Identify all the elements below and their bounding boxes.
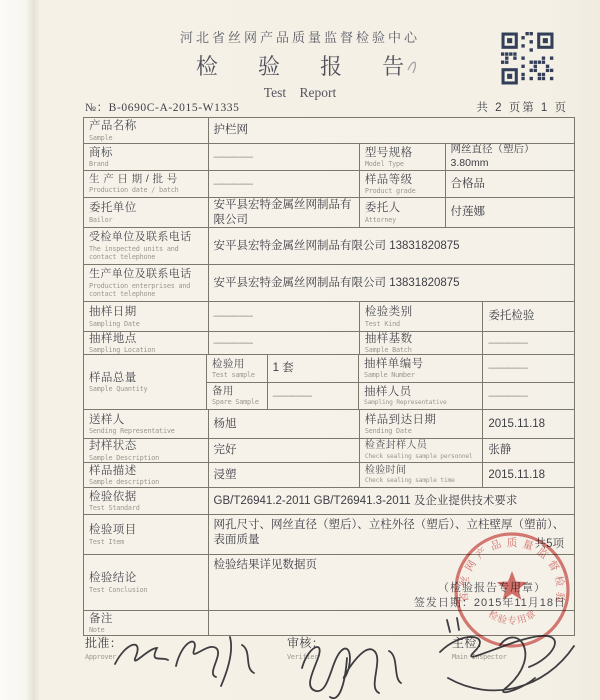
row-sender-arrival: 送样人Sending Representative 杨旭 样品到达日期Sendi… — [84, 409, 574, 438]
verifier-label: 审核：Verifier — [287, 634, 324, 661]
inspected-unit-value: 安平县宏特金属丝网制品有限公司 13831820875 — [208, 228, 574, 264]
model-value: 网丝直径（塑后）3.80mm — [445, 144, 574, 170]
stamp-bottom-text: 检验专用章 — [486, 608, 538, 627]
check-time-value: 2015.11.18 — [482, 463, 574, 487]
model-label: 型号规格Model Type — [359, 144, 445, 170]
arrival-date-label: 样品到达日期Sending Date — [359, 410, 483, 438]
row-location-batch: 抽样地点Sampling Location ———— 抽样基数Sample Ba… — [84, 331, 574, 354]
seal-state-value: 完好 — [208, 439, 359, 462]
sample-quantity-label: 样品总量Sample Quantity — [84, 355, 206, 409]
production-date-value: ———— — [208, 171, 359, 197]
test-kind-value: 委托检验 — [482, 302, 574, 331]
row-description-checktime: 样品描述Sample description 浸塑 检验时间 Check sea… — [84, 462, 574, 487]
row-sealstate-checkperson: 封样状态Sample Description 完好 检查封样人员 Check s… — [84, 438, 574, 462]
test-sample-label: 检验用Test sample — [207, 355, 267, 382]
approver-label: 批准：Approver — [85, 634, 122, 661]
brand-label: 商标Brand — [84, 144, 208, 170]
description-value: 浸塑 — [208, 463, 359, 487]
svg-text:检验专用章: 检验专用章 — [486, 608, 538, 627]
row-production-unit: 生产单位及联系电话Production enterprises and cont… — [84, 264, 574, 301]
brand-value: ———— — [208, 144, 359, 170]
sample-label: 产品名称Sample — [84, 118, 208, 143]
inspection-seal-stamp: 河北省丝网产品质量监督检验中心 检验专用章 — [437, 515, 587, 665]
row-bailor-attorney: 委托单位Bailor 安平县宏特金属丝网制品有限公司 委托人Attorney 付… — [84, 197, 574, 227]
test-sample-value: 1 套 — [267, 355, 358, 382]
production-unit-value: 安平县宏特金属丝网制品有限公司 13831820875 — [208, 265, 574, 301]
stamp-star — [497, 571, 527, 600]
grade-label: 样品等级Product grade — [359, 171, 445, 197]
test-standard-value: GB/T26941.2-2011 GB/T26941.3-2011 及企业提供技… — [208, 488, 574, 514]
row-samplingdate-testkind: 抽样日期Sampling Date ———— 检验类别Test Kind 委托检… — [84, 301, 574, 331]
sampling-rep-label: 抽样人员Sampling Representative — [359, 383, 482, 410]
row-proddate-grade: 生 产 日 期 / 批 号Production date / batch ———… — [84, 170, 574, 197]
test-item-label: 检验项目Test Item — [84, 515, 208, 554]
spare-sample-label: 备用Spare Sample — [207, 383, 267, 410]
sampling-date-label: 抽样日期Sampling Date — [84, 302, 208, 331]
scanned-test-report: { "colors":{"stamp_red":"#c9403c","paper… — [0, 0, 600, 700]
production-date-label: 生 产 日 期 / 批 号Production date / batch — [84, 171, 208, 197]
sampling-rep-value: ———— — [482, 383, 574, 410]
sender-value: 杨旭 — [208, 410, 359, 438]
row-inspected-unit: 受检单位及联系电话The inspected units and contact… — [84, 227, 574, 264]
grade-value: 合格品 — [445, 171, 574, 197]
sample-batch-label: 抽样基数Sample Batch — [359, 332, 483, 354]
conclusion-label: 检验结论Test Conclusion — [84, 555, 208, 610]
sample-number-label: 抽样单编号Sample Number — [359, 355, 482, 382]
check-time-label: 检验时间 Check sealing sample time — [359, 463, 483, 487]
production-unit-label: 生产单位及联系电话Production enterprises and cont… — [84, 265, 208, 301]
sender-label: 送样人Sending Representative — [84, 410, 208, 438]
sampling-location-label: 抽样地点Sampling Location — [84, 332, 208, 354]
check-person-value: 张静 — [482, 439, 574, 462]
bailor-value: 安平县宏特金属丝网制品有限公司 — [208, 198, 359, 227]
arrival-date-value: 2015.11.18 — [482, 410, 574, 438]
sample-number-value: ———— — [482, 355, 574, 382]
attorney-value: 付莲娜 — [445, 198, 574, 227]
sample-batch-value: ———— — [482, 332, 574, 354]
check-person-label: 检查封样人员 Check sealing sample personnel — [359, 439, 483, 462]
test-standard-label: 检验依据Test Standard — [84, 488, 208, 514]
report-number: №：B-0690C-A-2015-W1335 — [85, 99, 240, 115]
spare-sample-value: ———— — [267, 383, 358, 410]
description-label: 样品描述Sample description — [84, 463, 208, 487]
bailor-label: 委托单位Bailor — [84, 198, 208, 227]
quantity-right-subcolumn: 抽样单编号Sample Number ———— 抽样人员Sampling Rep… — [358, 355, 574, 409]
row-brand-model: 商标Brand ———— 型号规格Model Type 网丝直径（塑后）3.80… — [84, 143, 574, 170]
row-quantity-group: 样品总量Sample Quantity 检验用Test sample 1 套 备… — [84, 354, 574, 409]
test-kind-label: 检验类别Test Kind — [359, 302, 483, 331]
attorney-label: 委托人Attorney — [359, 198, 445, 227]
row-standard: 检验依据Test Standard GB/T26941.2-2011 GB/T2… — [84, 487, 574, 514]
sampling-location-value: ———— — [208, 332, 359, 354]
sampling-date-value: ———— — [208, 302, 359, 331]
page-count: 共 2 页第 1 页 — [476, 99, 568, 115]
inspected-unit-label: 受检单位及联系电话The inspected units and contact… — [84, 228, 208, 264]
qr-code — [500, 32, 555, 85]
note-label: 备注Note — [84, 611, 208, 635]
quantity-subcolumn: 检验用Test sample 1 套 备用Spare Sample ———— — [206, 355, 358, 409]
row-sample: 产品名称Sample 护栏网 — [84, 118, 574, 143]
sample-value: 护栏网 — [208, 118, 574, 143]
seal-state-label: 封样状态Sample Description — [84, 439, 208, 462]
